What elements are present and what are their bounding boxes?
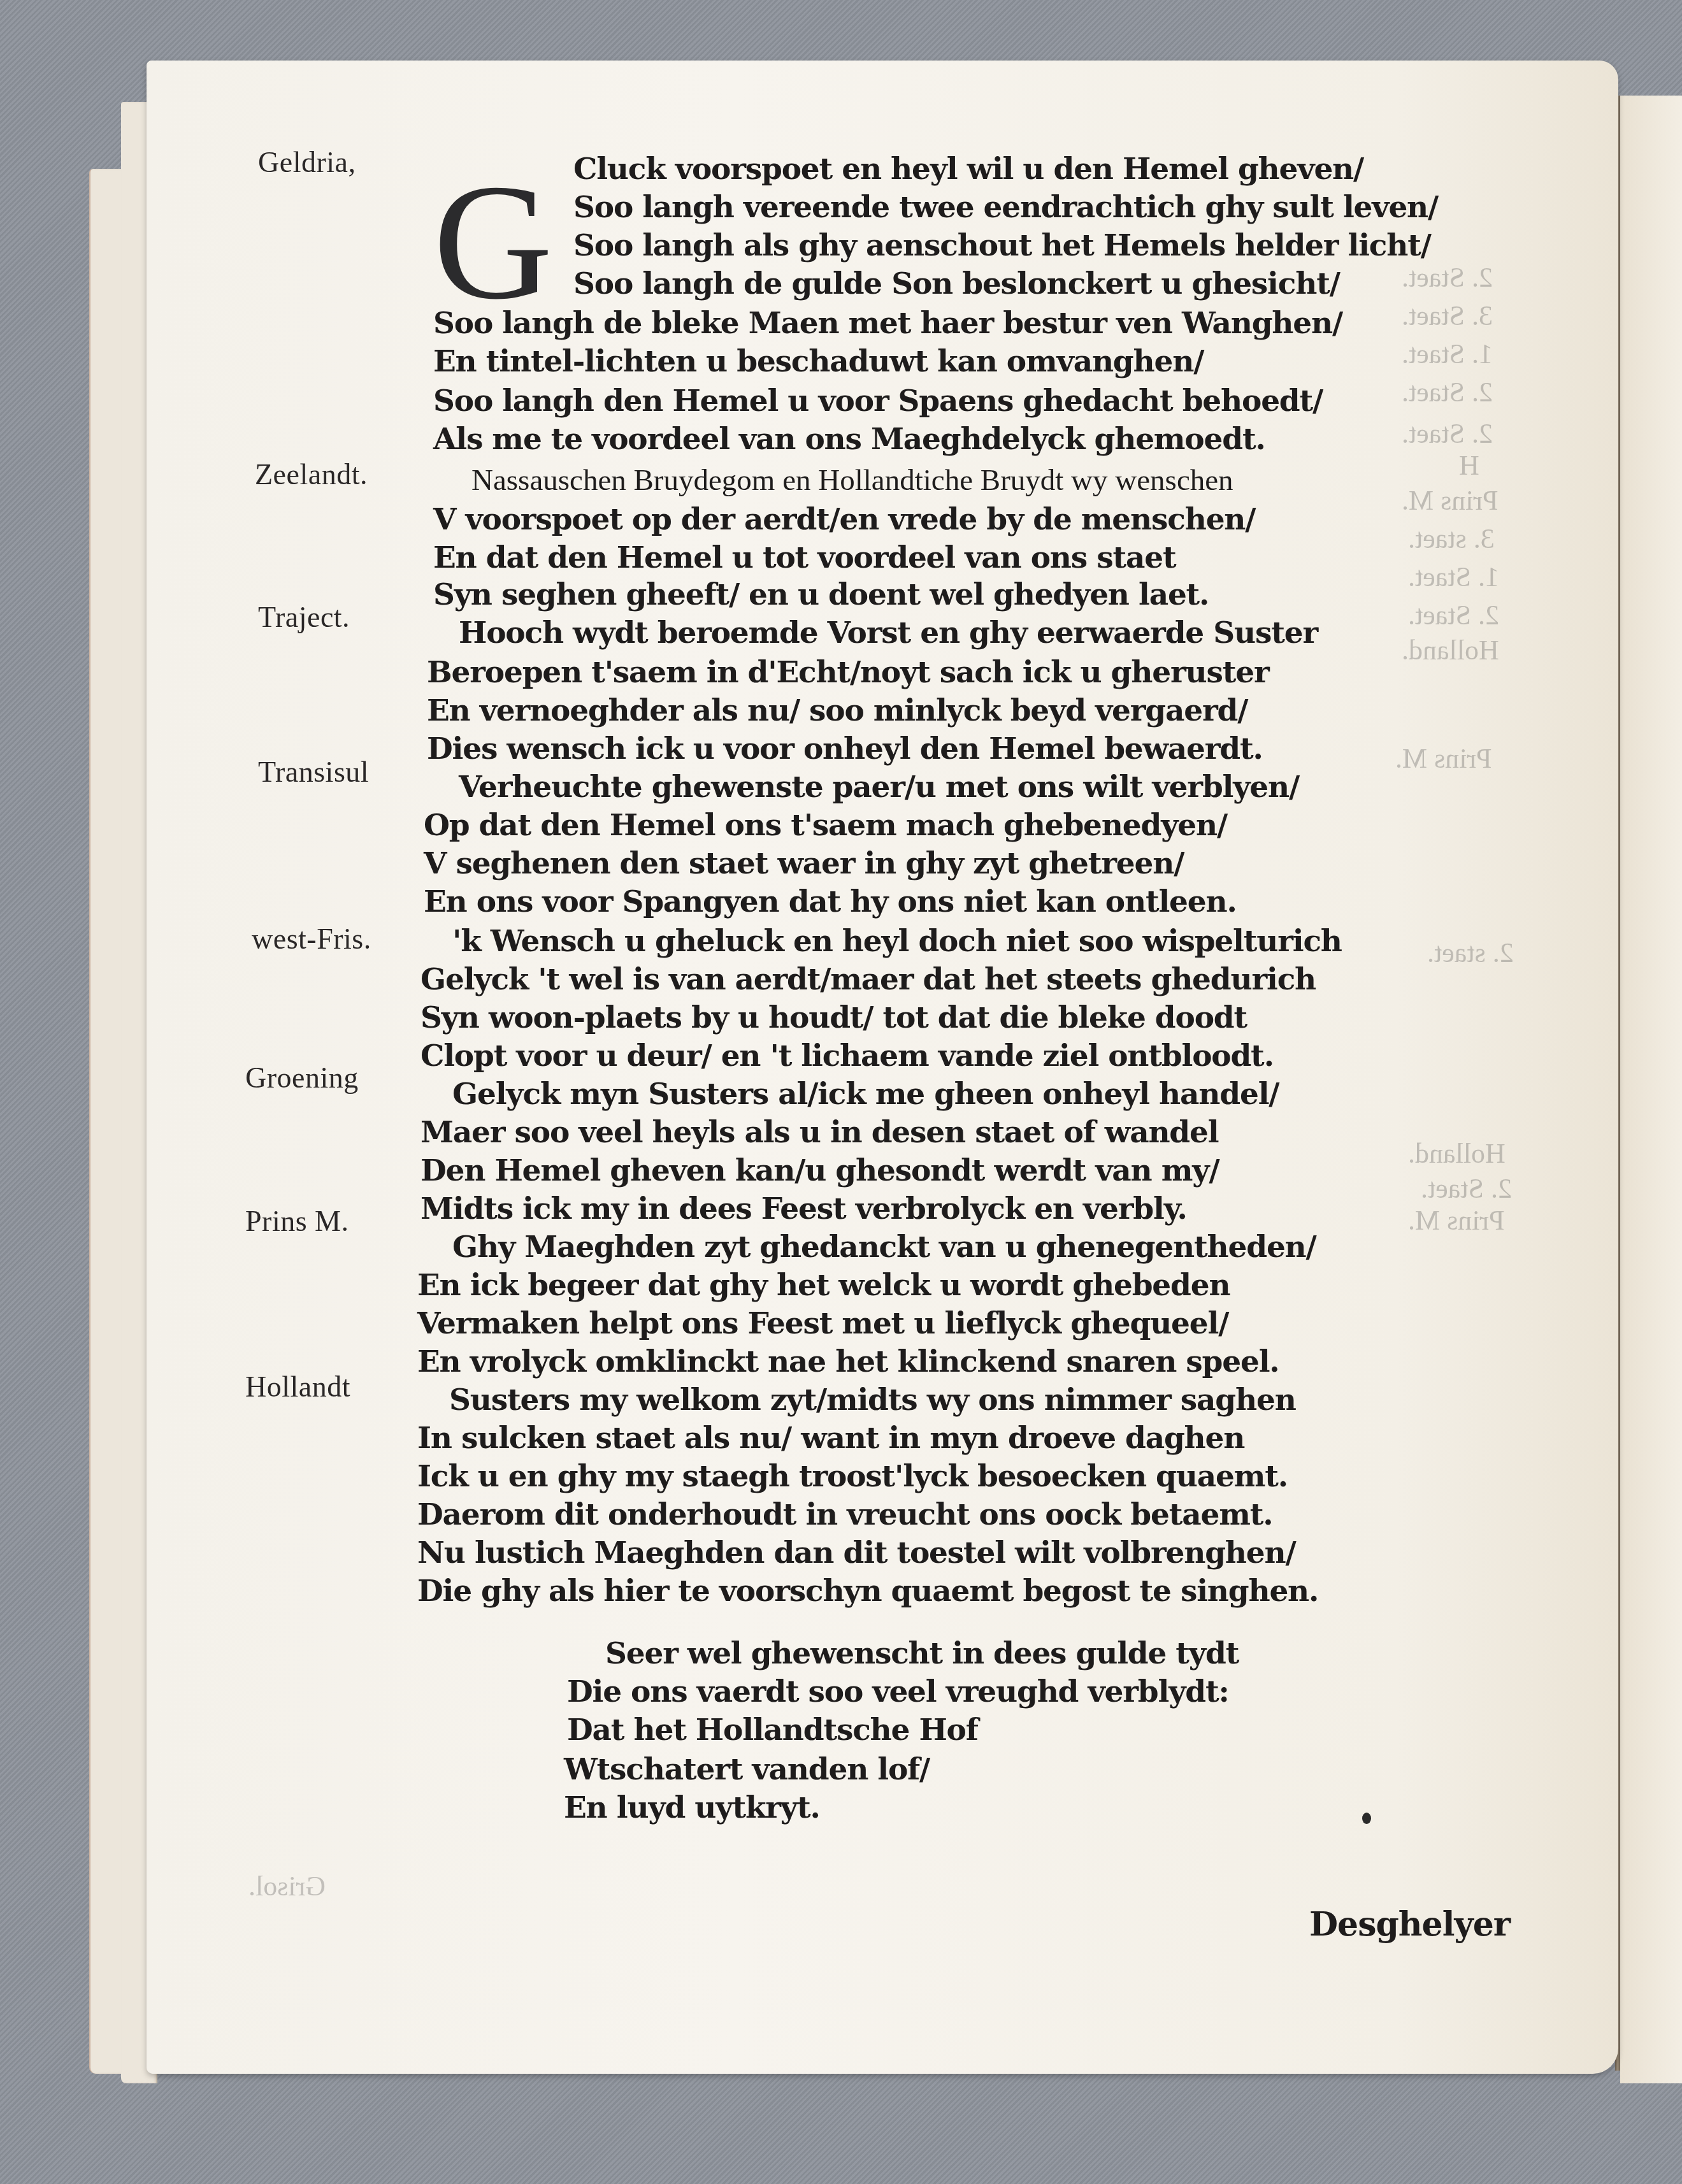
show-through-note: 1. Staet. [1402,338,1493,370]
poem-line: Clopt voor u deur/ en 't lichaem vande z… [420,1040,1274,1073]
poem-line: Soo langh de gulde Son beslonckert u ghe… [573,268,1340,301]
poem-line: En ons voor Spangyen dat hy ons niet kan… [424,886,1237,919]
poem-line: Verheuchte ghewenste paer/u met ons wilt… [459,771,1299,804]
poem-line: En tintel-lichten u beschaduwt kan omvan… [433,345,1204,378]
poem-line: Die ghy als hier te voorschyn quaemt beg… [417,1575,1318,1608]
poem-line: V seghenen den staet waer in ghy zyt ghe… [424,847,1184,880]
poem-line: Nu lustich Maeghden dan dit toestel wilt… [417,1537,1295,1570]
poem-line: Gelyck myn Susters al/ick me gheen onhey… [452,1078,1279,1111]
poem-line: Als me te voordeel van ons Maeghdelyck g… [433,423,1265,456]
poem-line: Ick u en ghy my staegh troost'lyck besoe… [417,1460,1288,1493]
poem-line: En vrolyck omklinckt nae het klinckend s… [417,1346,1279,1379]
show-through-note: 3. staet. [1408,522,1495,555]
poem-line: En dat den Hemel u tot voordeel van ons … [433,542,1175,575]
sidenote-prins-m: Prins M. [245,1204,349,1238]
poem-line: En vernoeghder als nu/ soo minlyck beyd … [427,694,1247,728]
poem-line: 'k Wensch u gheluck en heyl doch niet so… [452,925,1342,958]
poem-line: Syn seghen gheeft/ en u doent wel ghedye… [433,578,1209,612]
poem-line: Soo langh den Hemel u voor Spaens ghedac… [433,385,1323,418]
poem-line: Maer soo veel heyls als u in desen staet… [420,1116,1218,1149]
poem-line: Susters my welkom zyt/midts wy ons nimme… [449,1384,1296,1417]
show-through-note: 2. Staet. [1421,1172,1512,1205]
sidenote-west-fris: west-Fris. [252,922,371,956]
show-through-note: 1. Staet. [1408,561,1499,593]
show-through-note: 2. Staet. [1402,417,1493,450]
poem-line: Daerom dit onderhoudt in vreucht ons ooc… [417,1498,1272,1532]
sidenote-hollandt: Hollandt [245,1370,350,1404]
drop-cap-initial: G [433,159,553,325]
sidenote-geldria: Geldria, [258,145,356,179]
show-through-note: Holland. [1408,1137,1506,1170]
refrain-line: En luyd uytkryt. [564,1792,820,1825]
refrain-line: Die ons vaerdt soo veel vreughd verblydt… [567,1676,1229,1709]
show-through-note: Prins M. [1408,1204,1505,1237]
show-through-note: 2. staet. [1427,937,1514,969]
sidenote-traject: Traject. [258,600,350,634]
poem-line: Syn woon-plaets by u houdt/ tot dat die … [420,1002,1247,1035]
show-through-note: 3. Staet. [1402,299,1493,332]
poem-line: Vermaken helpt ons Feest met u lieflyck … [417,1307,1228,1340]
sidenote-groening: Groening [245,1061,359,1095]
show-through-note: Prins M. [1402,484,1499,517]
poem-line: Ghy Maeghden zyt ghedanckt van u ghenege… [452,1231,1316,1264]
show-through-note: H [1459,449,1479,482]
show-through-note: 2. Staet. [1408,599,1499,631]
poem-line: Cluck voorspoet en heyl wil u den Hemel … [573,153,1363,186]
show-through-note: 2. Staet. [1402,261,1493,294]
poem-line: In sulcken staet als nu/ want in myn dro… [417,1422,1244,1455]
poem-line: Den Hemel gheven kan/u ghesondt werdt va… [420,1154,1219,1188]
facing-page-edge [1620,96,1682,2083]
catchword: Desghelyer [1309,1905,1510,1944]
poem-line: En ick begeer dat ghy het welck u wordt … [417,1269,1230,1302]
poem-line: Gelyck 't wel is van aerdt/maer dat het … [420,963,1316,996]
poem-line: Soo langh als ghy aenschout het Hemels h… [573,229,1431,262]
show-through-note: Grisol. [248,1870,326,1902]
poem-line: Op dat den Hemel ons t'saem mach ghebene… [424,809,1227,842]
poem-line: Beroepen t'saem in d'Echt/noyt sach ick … [427,656,1269,689]
ink-spot [1362,1813,1371,1824]
show-through-note: 2. Staet. [1402,376,1493,408]
refrain-line: Dat het Hollandtsche Hof [567,1714,978,1747]
poem-line: Nassauschen Bruydegom en Hollandtiche Br… [471,464,1233,497]
poem-line: Soo langh de bleke Maen met haer bestur … [433,307,1342,340]
sidenote-transisul: Transisul [258,755,369,789]
show-through-note: Holland. [1402,634,1499,666]
refrain-line: Wtschatert vanden lof/ [564,1753,930,1786]
poem-line: Hooch wydt beroemde Vorst en ghy eerwaer… [459,617,1318,650]
poem-line: Soo langh vereende twee eendrachtich ghy… [573,191,1438,224]
sidenote-zeelandt: Zeelandt. [255,457,368,491]
poem-line: V voorspoet op der aerdt/en vrede by de … [433,503,1255,536]
refrain-line: Seer wel ghewenscht in dees gulde tydt [605,1637,1239,1670]
poem-line: Dies wensch ick u voor onheyl den Hemel … [427,733,1263,766]
show-through-note: Prins M. [1395,742,1492,775]
poem-line: Midts ick my in dees Feest verbrolyck en… [420,1193,1187,1226]
